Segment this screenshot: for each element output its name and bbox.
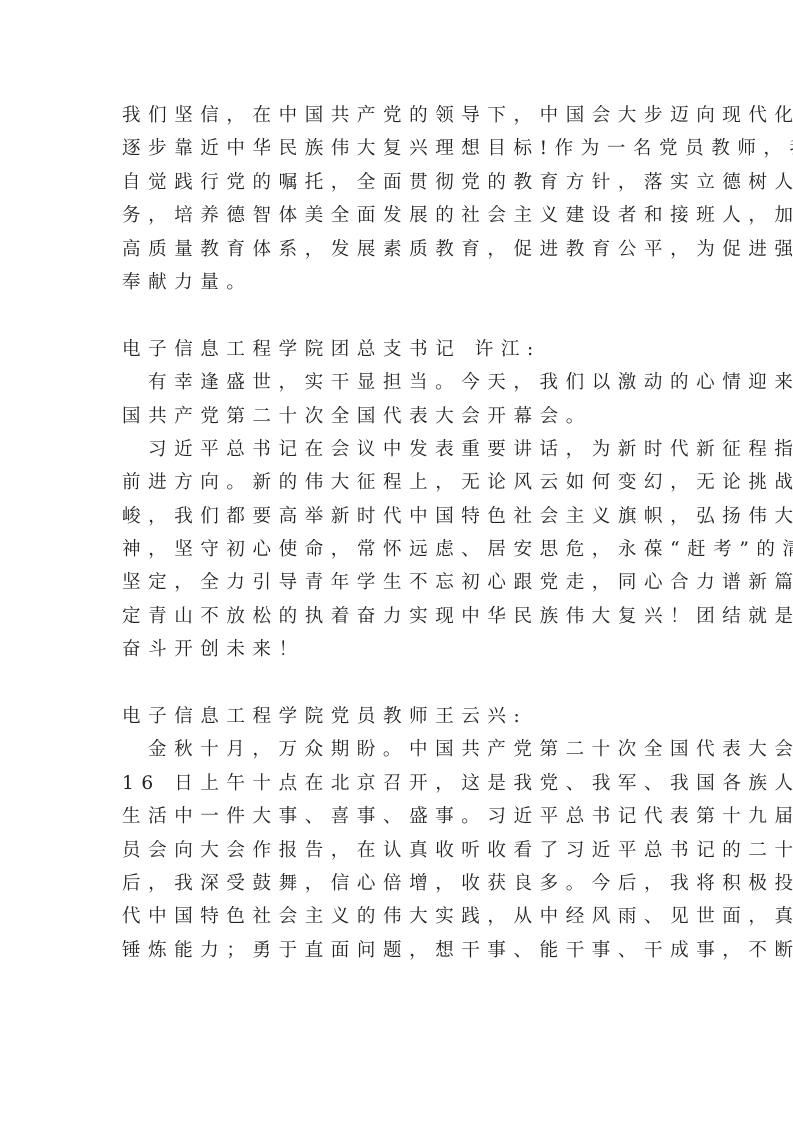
text-line: 奋斗开创未来！ [122,633,682,666]
text-line: 生活中一件大事、喜事、盛事。习近平总书记代表第十九届中央委 [122,800,682,833]
document-page: 我们坚信，在中国共产党的领导下，中国会大步迈向现代化强国， 逐步靠近中华民族伟大… [0,0,793,1122]
speaker-heading: 电子信息工程学院党员教师王云兴: [122,700,682,733]
text-line: 金秋十月，万众期盼。中国共产党第二十次全国代表大会 10 月 [122,733,682,766]
text-line: 自觉践行党的嘱托，全面贯彻党的教育方针，落实立德树人根本任 [122,166,682,199]
text-line: 逐步靠近中华民族伟大复兴理想目标!作为一名党员教师，我们要 [122,132,682,165]
text-line: 坚定，全力引导青年学生不忘初心跟党走，同心合力谱新篇，以咬 [122,566,682,599]
text-line: 16 日上午十点在北京召开，这是我党、我军、我国各族人民政治 [122,767,682,800]
text-line: 国共产党第二十次全国代表大会开幕会。 [122,400,682,433]
text-line: 锤炼能力；勇于直面问题，想干事、能干事、干成事，不断解决问 [122,934,682,967]
intro-paragraph: 我们坚信，在中国共产党的领导下，中国会大步迈向现代化强国， 逐步靠近中华民族伟大… [122,99,682,299]
text-line: 定青山不放松的执着奋力实现中华民族伟大复兴！团结就是力量， [122,600,682,633]
text-line: 我们坚信，在中国共产党的领导下，中国会大步迈向现代化强国， [122,99,682,132]
statement-xu-jiang: 电子信息工程学院团总支书记 许江: 有幸逢盛世，实干显担当。今天，我们以激动的心… [122,333,682,667]
text-line: 高质量教育体系，发展素质教育，促进教育公平，为促进强国目标 [122,233,682,266]
blank-line [122,299,682,332]
text-line: 前进方向。新的伟大征程上，无论风云如何变幻，无论挑战如何严 [122,466,682,499]
text-line: 员会向大会作报告，在认真收听收看了习近平总书记的二十大报告 [122,834,682,867]
text-line: 代中国特色社会主义的伟大实践，从中经风雨、见世面，真刀真枪 [122,900,682,933]
text-line: 习近平总书记在会议中发表重要讲话，为新时代新征程指明了 [122,433,682,466]
text-line: 峻，我们都要高举新时代中国特色社会主义旗帜，弘扬伟大建党精 [122,500,682,533]
statement-wang-yunxing: 电子信息工程学院党员教师王云兴: 金秋十月，万众期盼。中国共产党第二十次全国代表… [122,700,682,967]
text-line: 后，我深受鼓舞，信心倍增，收获良多。今后，我将积极投身新时 [122,867,682,900]
document-body: 我们坚信，在中国共产党的领导下，中国会大步迈向现代化强国， 逐步靠近中华民族伟大… [122,99,682,967]
text-line: 奉献力量。 [122,266,682,299]
text-line: 务，培养德智体美全面发展的社会主义建设者和接班人，加快建设 [122,199,682,232]
blank-line [122,667,682,700]
text-line: 神，坚守初心使命，常怀远虑、居安思危，永葆“赶考”的清醒和 [122,533,682,566]
text-line: 有幸逢盛世，实干显担当。今天，我们以激动的心情迎来了中 [122,366,682,399]
speaker-heading: 电子信息工程学院团总支书记 许江: [122,333,682,366]
